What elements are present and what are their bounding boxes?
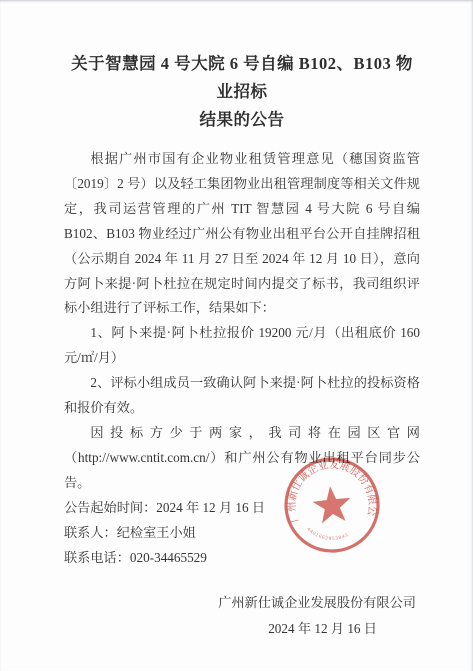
paragraph-intro: 根据广州市国有企业物业租赁管理意见（穗国资监管〔2019〕2 号）以及轻工集团物…	[64, 147, 420, 321]
signature-block: 广州新仕诚企业发展股份有限公司 2024 年 12 月 16 日	[64, 590, 420, 642]
paragraph-notice: 因投标方少于两家，我司将在园区官网（http://www.cntit.com.c…	[64, 421, 420, 496]
result-item-2: 2、评标小组成员一致确认阿卜来提·阿卜杜拉的投标资格和报价有效。	[64, 371, 420, 421]
announcement-start-date-line: 公告起始时间：2024 年 12 月 16 日	[64, 496, 420, 521]
contact-phone-line: 联系电话：020-34465529	[64, 546, 420, 571]
document-content: 关于智慧园 4 号大院 6 号自编 B102、B103 物业招标 结果的公告 根…	[64, 50, 420, 642]
scanned-announcement-page: 关于智慧园 4 号大院 6 号自编 B102、B103 物业招标 结果的公告 根…	[0, 0, 473, 671]
result-item-1: 1、阿卜来提·阿卜杜拉报价 19200 元/月（出租底价 160 元/㎡/月）	[64, 321, 420, 371]
signature-company-name: 广州新仕诚企业发展股份有限公司	[64, 590, 420, 616]
signature-date: 2024 年 12 月 16 日	[64, 616, 420, 642]
contact-person-line: 联系人：纪检室王小姐	[64, 521, 420, 546]
document-title: 关于智慧园 4 号大院 6 号自编 B102、B103 物业招标 结果的公告	[64, 50, 420, 134]
title-line-1: 关于智慧园 4 号大院 6 号自编 B102、B103 物业招标	[71, 54, 413, 101]
title-line-2: 结果的公告	[200, 110, 285, 129]
